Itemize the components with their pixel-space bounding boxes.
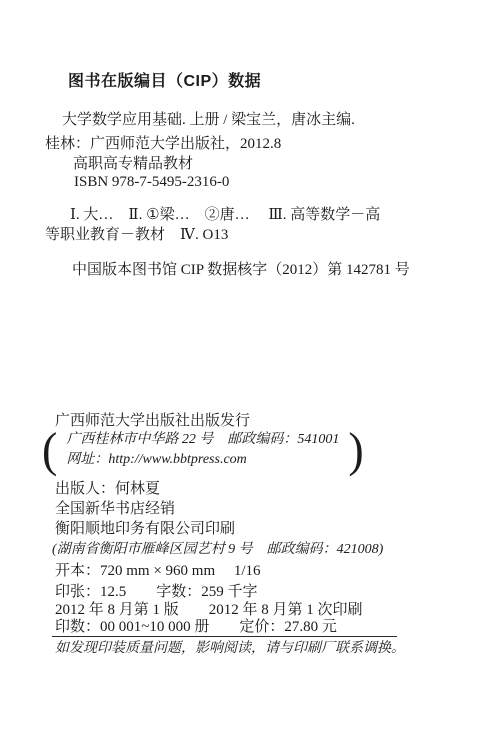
publisher-address-group: ( 广西桂林市中华路 22 号 邮政编码：541001 网址：http://ww…	[42, 427, 364, 473]
cip-isbn-line: ISBN 978-7-5495-2316-0	[74, 173, 229, 191]
sheets-wordcount-line: 印张：12.5 字数：259 千字	[55, 583, 258, 601]
cip-classification-line2: 等职业教育－教材 Ⅳ. O13	[45, 226, 228, 244]
book-copyright-page: 图书在版编目（CIP）数据 大学数学应用基础. 上册 / 梁宝兰，唐冰主编. 桂…	[0, 0, 500, 749]
publisher-website-line: 网址：http://www.bbtpress.com	[66, 450, 342, 470]
printer-address-line: (湖南省衡阳市雁峰区园艺村 9 号 邮政编码：421008)	[52, 542, 383, 559]
printrun-price-line: 印数：00 001~10 000 册 定价：27.80 元	[55, 618, 337, 636]
cip-entry-series-line: 高职高专精品教材	[73, 155, 193, 173]
publisher-address-lines: 广西桂林市中华路 22 号 邮政编码：541001 网址：http://www.…	[66, 430, 342, 470]
quality-notice-line: 如发现印装质量问题，影响阅读，请与印刷厂联系调换。	[55, 641, 405, 658]
paren-close-glyph: )	[348, 426, 363, 474]
cip-classification-line1: Ⅰ. 大… Ⅱ. ①梁… ②唐… Ⅲ. 高等数学－高	[70, 206, 380, 224]
divider-rule	[52, 636, 397, 637]
edition-printing-line: 2012 年 8 月第 1 版 2012 年 8 月第 1 次印刷	[55, 601, 363, 619]
format-line: 开本：720 mm × 960 mm 1/16	[55, 562, 261, 580]
distribution-line: 全国新华书店经销	[55, 500, 175, 518]
cip-heading: 图书在版编目（CIP）数据	[68, 72, 261, 91]
cip-record-number-line: 中国版本图书馆 CIP 数据核字（2012）第 142781 号	[72, 261, 410, 279]
cip-entry-publisher-line: 桂林：广西师范大学出版社，2012.8	[45, 135, 281, 153]
chief-publisher-line: 出版人：何林夏	[55, 480, 160, 498]
paren-open-glyph: (	[42, 426, 57, 474]
cip-entry-title-line: 大学数学应用基础. 上册 / 梁宝兰，唐冰主编.	[62, 111, 355, 129]
publisher-address-line: 广西桂林市中华路 22 号 邮政编码：541001	[66, 430, 342, 450]
printer-line: 衡阳顺地印务有限公司印刷	[55, 520, 235, 538]
